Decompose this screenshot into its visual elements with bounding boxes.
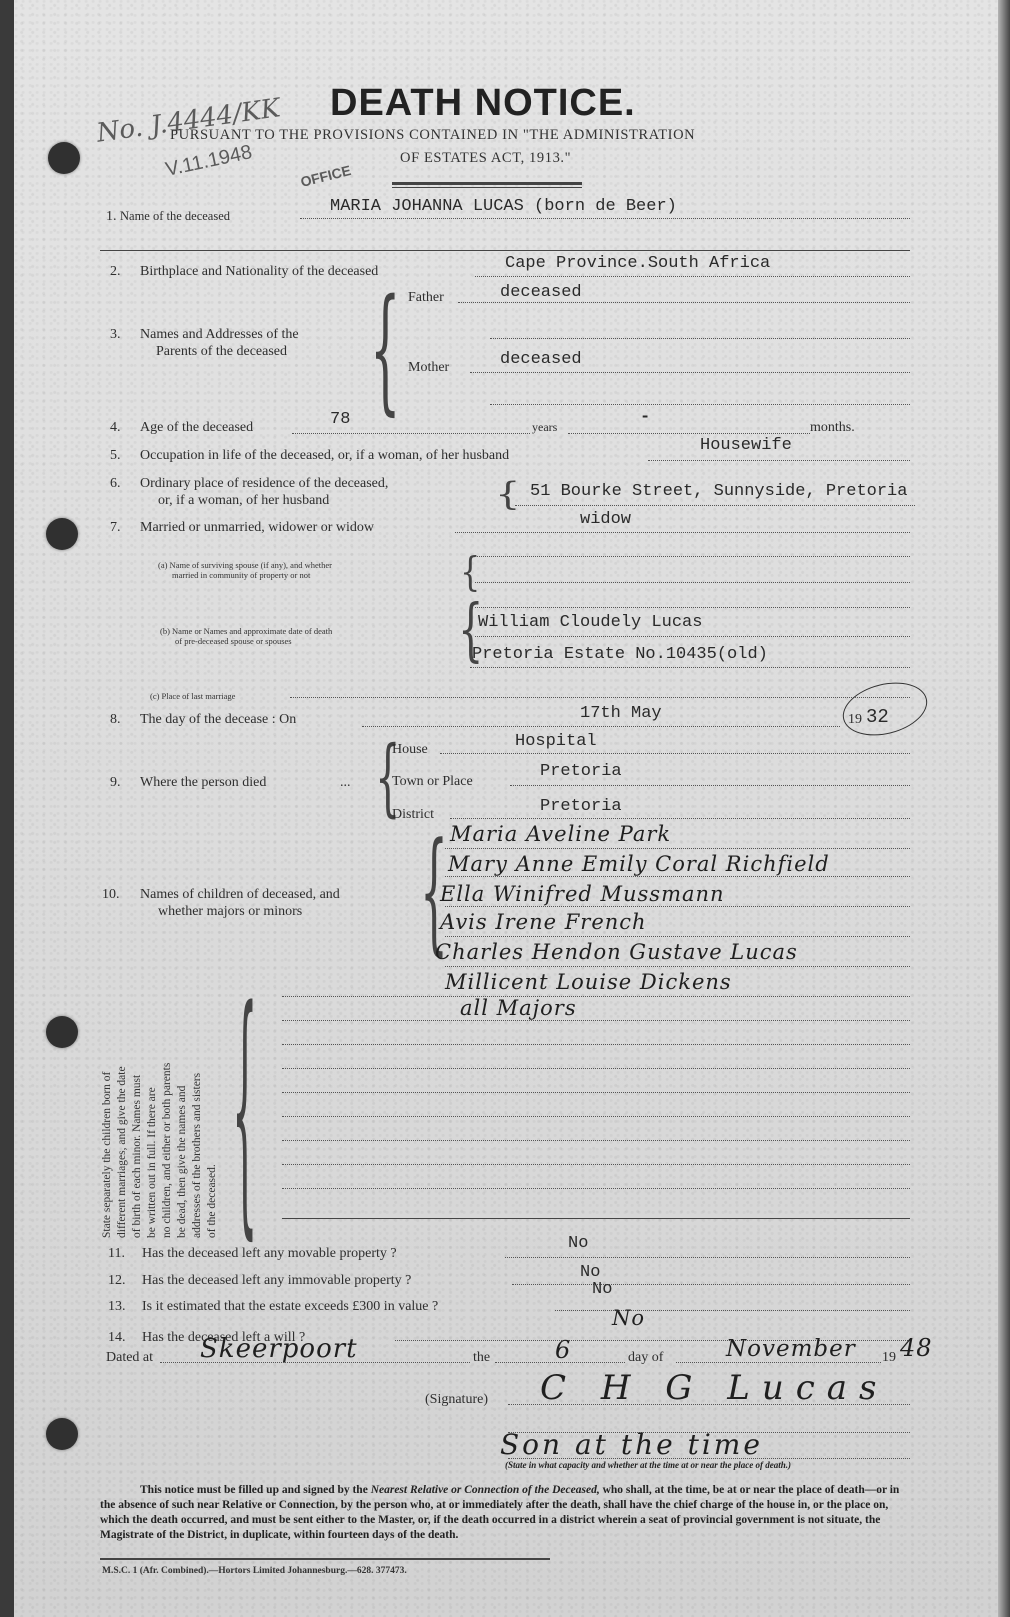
- q10-label-1: Names of children of deceased, and: [140, 887, 340, 903]
- child-name[interactable]: Mary Anne Emily Coral Richfield: [448, 852, 830, 876]
- q13-line: [555, 1310, 910, 1311]
- house-label: House: [392, 742, 428, 758]
- q8-label: The day of the decease : On: [140, 712, 296, 728]
- footer-rule: [100, 1558, 550, 1560]
- dated-at-field[interactable]: Skeerpoort: [200, 1334, 358, 1364]
- mother-label: Mother: [408, 360, 449, 376]
- day-line: [495, 1362, 625, 1363]
- q14-number: 14.: [108, 1330, 126, 1346]
- q7-label: Married or unmarried, widower or widow: [140, 520, 374, 536]
- q7-number: 7.: [110, 520, 121, 536]
- title-rule: [392, 182, 582, 185]
- printer-imprint: M.S.C. 1 (Afr. Combined).—Hortors Limite…: [102, 1566, 407, 1576]
- notice-emphasis: Nearest Relative or Connection of the De…: [371, 1484, 600, 1496]
- children-line: [445, 906, 910, 907]
- signature-line: [508, 1404, 910, 1405]
- instruction-notice: This notice must be filled up and signed…: [100, 1483, 910, 1543]
- district-field[interactable]: Pretoria: [540, 797, 622, 816]
- brace: {: [370, 282, 401, 418]
- children-line: [282, 1020, 910, 1021]
- father-line: [458, 302, 910, 303]
- child-name[interactable]: Avis Irene French: [440, 910, 647, 934]
- q4-months-line: [568, 433, 810, 434]
- q3-number: 3.: [110, 327, 121, 343]
- q1-line: [300, 218, 910, 219]
- scan-edge-left: [0, 0, 14, 1617]
- day-of-label: day of: [628, 1350, 663, 1366]
- town-field[interactable]: Pretoria: [540, 762, 622, 781]
- day-field[interactable]: 6: [555, 1336, 571, 1364]
- children-line: [445, 876, 910, 877]
- scan-edge-right: [998, 0, 1010, 1617]
- father-field[interactable]: deceased: [500, 283, 582, 302]
- punch-hole: [48, 142, 80, 174]
- q7c-label: (c) Place of last marriage: [150, 691, 235, 701]
- q10-label-2: whether majors or minors: [158, 904, 302, 920]
- deceased-name-field[interactable]: MARIA JOHANNA LUCAS (born de Beer): [330, 197, 677, 216]
- document-title: DEATH NOTICE.: [330, 82, 636, 125]
- side-note-line: of birth of each minor. Names must: [130, 938, 145, 1238]
- mother-field[interactable]: deceased: [500, 350, 582, 369]
- children-line: [282, 1044, 910, 1045]
- signature-field[interactable]: C H G Lucas: [540, 1368, 888, 1408]
- subtitle-line-1: PURSUANT TO THE PROVISIONS CONTAINED IN …: [170, 127, 695, 144]
- punch-hole: [46, 1418, 78, 1450]
- dated-at-line: [160, 1362, 470, 1363]
- town-line: [510, 785, 910, 786]
- q2-line: [475, 276, 910, 277]
- the-label: the: [473, 1350, 490, 1366]
- years-label: years: [532, 420, 557, 435]
- q7b-label-1: (b) Name or Names and approximate date o…: [160, 626, 332, 636]
- q12-label: Has the deceased left any immovable prop…: [142, 1273, 411, 1289]
- side-note-line: of the deceased.: [205, 938, 220, 1238]
- children-line: [282, 1116, 910, 1117]
- residence-field[interactable]: 51 Bourke Street, Sunnyside, Pretoria: [530, 482, 907, 501]
- q4-line: [292, 433, 530, 434]
- title-rule: [392, 187, 582, 188]
- children-line: [445, 936, 910, 937]
- child-name[interactable]: Charles Hendon Gustave Lucas: [435, 940, 798, 964]
- signing-year-field[interactable]: 48: [900, 1334, 933, 1362]
- q11-label: Has the deceased left any movable proper…: [142, 1246, 397, 1262]
- q7b-label-2: of pre-deceased spouse or spouses: [175, 636, 292, 646]
- q9-number: 9.: [110, 775, 121, 791]
- district-line: [450, 818, 910, 819]
- side-note-line: no children, and either or both parents: [160, 938, 175, 1238]
- brace: {: [232, 978, 257, 1242]
- divider: [282, 1218, 910, 1219]
- month-line: [676, 1362, 881, 1363]
- month-field[interactable]: November: [726, 1336, 856, 1362]
- q12-number: 12.: [108, 1273, 126, 1289]
- q4-number: 4.: [110, 420, 121, 436]
- punch-hole: [46, 518, 78, 550]
- children-line: [282, 996, 910, 997]
- estate-number-field[interactable]: Pretoria Estate No.10435(old): [472, 645, 768, 664]
- children-line: [282, 1092, 910, 1093]
- estate-value-field[interactable]: No: [592, 1280, 612, 1299]
- q2-label: Birthplace and Nationality of the deceas…: [140, 264, 378, 280]
- q8-line: [362, 726, 840, 727]
- brace: {: [460, 552, 480, 592]
- notice-text: This notice must be filled up and signed…: [140, 1484, 368, 1496]
- q5-label: Occupation in life of the deceased, or, …: [140, 448, 509, 464]
- child-name[interactable]: Maria Aveline Park: [450, 822, 671, 846]
- child-name[interactable]: Ella Winifred Mussmann: [440, 882, 725, 906]
- father-line-2: [490, 338, 910, 339]
- side-note-line: addresses of the brothers and sisters: [190, 938, 205, 1238]
- q11-line: [505, 1257, 910, 1258]
- capacity-line-2: [508, 1458, 910, 1459]
- house-line: [440, 753, 910, 754]
- q7b-line-2: [470, 667, 910, 668]
- side-note-line: be dead, then give the names and: [175, 938, 190, 1238]
- q7b-line-0: [475, 607, 910, 608]
- side-note-line: different marriages, and give the date: [115, 938, 130, 1238]
- subtitle-line-2: OF ESTATES ACT, 1913.": [400, 150, 571, 167]
- divider: [100, 250, 910, 251]
- q6-number: 6.: [110, 476, 121, 492]
- capacity-note: (State in what capacity and whether at t…: [505, 1460, 791, 1470]
- q13-number: 13.: [108, 1299, 126, 1315]
- town-label: Town or Place: [392, 774, 473, 790]
- q6-label-2: or, if a woman, of her husband: [158, 493, 329, 509]
- q9-label: Where the person died: [140, 775, 266, 791]
- q4-label: Age of the deceased: [140, 420, 253, 436]
- will-field[interactable]: No: [612, 1306, 645, 1330]
- q7a-label-2: married in community of property or not: [172, 570, 310, 580]
- children-line: [445, 966, 910, 967]
- house-field[interactable]: Hospital: [515, 732, 597, 751]
- child-name[interactable]: Millicent Louise Dickens: [445, 970, 732, 994]
- marital-status-field[interactable]: widow: [580, 510, 631, 529]
- side-note-line: be written out in full. If there are: [145, 938, 160, 1238]
- movable-property-field[interactable]: No: [568, 1234, 588, 1253]
- children-line: [445, 848, 910, 849]
- q13-label: Is it estimated that the estate exceeds …: [142, 1299, 438, 1315]
- q3-label-2: Parents of the deceased: [156, 344, 287, 360]
- date-of-death-field[interactable]: 17th May: [580, 704, 662, 723]
- q2-number: 2.: [110, 264, 121, 280]
- q7-line: [455, 532, 910, 533]
- dated-at-label: Dated at: [106, 1350, 153, 1366]
- punch-hole: [46, 1016, 78, 1048]
- q12-line: [512, 1284, 910, 1285]
- q7c-line[interactable]: [290, 697, 910, 698]
- q10-side-note: State separately the children born of di…: [100, 938, 220, 1238]
- months-label: months.: [810, 420, 855, 436]
- children-line: [282, 1068, 910, 1069]
- q1-label: Name of the deceased: [120, 209, 230, 224]
- q11-number: 11.: [108, 1246, 125, 1262]
- q1-number: 1.: [106, 209, 117, 225]
- age-months-field[interactable]: -: [640, 408, 650, 427]
- occupation-field[interactable]: Housewife: [700, 436, 792, 455]
- q9-ellipsis: ...: [340, 775, 351, 791]
- q7a-line-2: [475, 582, 910, 583]
- birthplace-field[interactable]: Cape Province.South Africa: [505, 254, 770, 273]
- q7a-label-1: (a) Name of surviving spouse (if any), a…: [158, 560, 332, 570]
- children-status[interactable]: all Majors: [460, 996, 577, 1020]
- q5-line: [648, 460, 910, 461]
- q6-line: [515, 505, 915, 506]
- children-line: [282, 1188, 910, 1189]
- side-note-line: State separately the children born of: [100, 938, 115, 1238]
- father-label: Father: [408, 290, 444, 306]
- q6-label-1: Ordinary place of residence of the decea…: [140, 476, 388, 492]
- mother-line: [470, 372, 910, 373]
- capacity-field[interactable]: Son at the time: [500, 1428, 763, 1461]
- year-prefix: 19: [882, 1350, 896, 1366]
- q3-label-1: Names and Addresses of the: [140, 327, 299, 343]
- q7b-line-1: [475, 636, 910, 637]
- mother-line-2: [490, 404, 910, 405]
- age-years-field[interactable]: 78: [330, 410, 350, 429]
- q8-number: 8.: [110, 712, 121, 728]
- predeceased-spouse-field[interactable]: William Cloudely Lucas: [478, 613, 702, 632]
- q5-number: 5.: [110, 448, 121, 464]
- children-line: [282, 1164, 910, 1165]
- q10-number: 10.: [102, 887, 120, 903]
- signature-label: (Signature): [425, 1392, 488, 1408]
- q7a-line-1: [475, 556, 910, 557]
- children-line: [282, 1140, 910, 1141]
